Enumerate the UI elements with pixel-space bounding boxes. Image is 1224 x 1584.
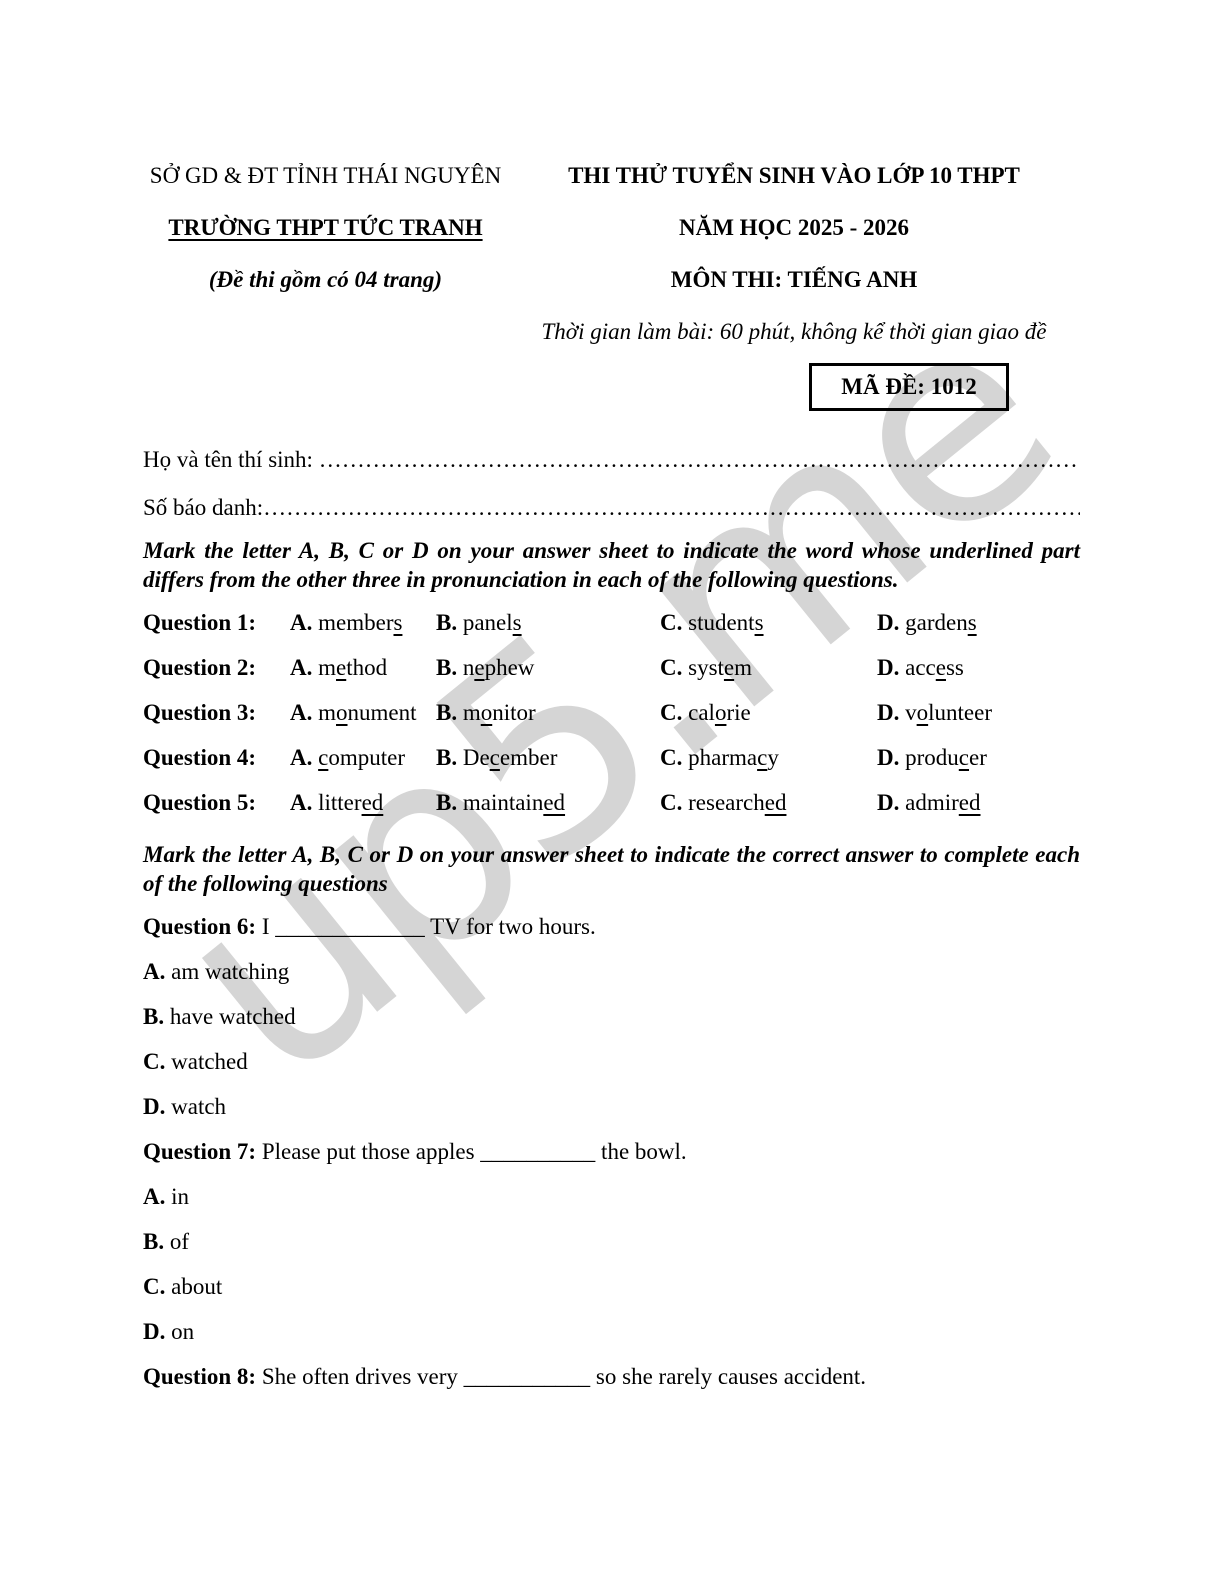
- option-letter: C.: [143, 1049, 165, 1074]
- underlined-part: o: [917, 700, 929, 725]
- underlined-part: o: [336, 700, 348, 725]
- question-row: Question 1:A. membersB. panelsC. student…: [143, 600, 1080, 645]
- option-letter: C.: [143, 1274, 165, 1299]
- option-letter: B.: [436, 655, 457, 680]
- underlined-part: e: [724, 655, 734, 680]
- option-letter: A.: [290, 610, 312, 635]
- option-letter: A.: [143, 959, 165, 984]
- answer-option: C. system: [660, 645, 877, 690]
- option-letter: D.: [143, 1319, 165, 1344]
- candidate-number-line: Số báo danh:……………………………………………………………………………: [143, 495, 1080, 521]
- answer-option: A. method: [290, 645, 436, 690]
- question-label: Question 6:: [143, 914, 256, 939]
- time-limit-note: Thời gian làm bài: 60 phút, không kể thờ…: [508, 306, 1080, 358]
- answer-option: B. nephew: [436, 645, 660, 690]
- option-letter: C.: [660, 610, 682, 635]
- answer-option: D. volunteer: [877, 690, 1080, 735]
- answer-option: D. watch: [143, 1084, 1080, 1129]
- question-label: Question 2:: [143, 645, 290, 690]
- underlined-part: ed: [765, 790, 787, 815]
- question-label: Question 1:: [143, 600, 290, 645]
- question-label: Question 7:: [143, 1139, 256, 1164]
- underlined-part: c: [757, 745, 767, 770]
- option-letter: D.: [143, 1094, 165, 1119]
- answer-option: B. monitor: [436, 690, 660, 735]
- option-letter: B.: [436, 700, 457, 725]
- option-letter: D.: [877, 610, 899, 635]
- option-letter: D.: [877, 745, 899, 770]
- exam-code-row: MÃ ĐỀ: 1012: [143, 363, 1080, 411]
- exam-code-box: MÃ ĐỀ: 1012: [809, 363, 1009, 411]
- underlined-part: ed: [543, 790, 565, 815]
- option-letter: B.: [143, 1004, 164, 1029]
- subject-line: MÔN THI: TIẾNG ANH: [508, 254, 1080, 306]
- option-letter: A.: [290, 655, 312, 680]
- exam-paper-page: up5.me SỞ GD & ĐT TỈNH THÁI NGUYÊN TRƯỜN…: [0, 0, 1224, 1584]
- option-letter: C.: [660, 745, 682, 770]
- answer-option: D. on: [143, 1309, 1080, 1354]
- underlined-part: e: [936, 655, 946, 680]
- answer-option: C. calorie: [660, 690, 877, 735]
- option-letter: B.: [436, 610, 457, 635]
- option-letter: C.: [660, 655, 682, 680]
- question-label: Question 8:: [143, 1364, 256, 1389]
- student-name-line: Họ và tên thí sinh: ………………………………………………………: [143, 447, 1080, 473]
- answer-option: C. students: [660, 600, 877, 645]
- student-name-blank: ……………………………………………………………………………………………………………: [319, 447, 1080, 472]
- answer-option: B. have watched: [143, 994, 1080, 1039]
- underlined-part: e: [336, 655, 346, 680]
- answer-option: D. gardens: [877, 600, 1080, 645]
- answer-option: D. admired: [877, 780, 1080, 825]
- question-sections: Mark the letter A, B, C or D on your ans…: [143, 536, 1080, 1399]
- option-letter: A.: [290, 790, 312, 815]
- answer-option: A. computer: [290, 735, 436, 780]
- exam-header: SỞ GD & ĐT TỈNH THÁI NGUYÊN TRƯỜNG THPT …: [143, 150, 1080, 358]
- underlined-part: c: [490, 745, 500, 770]
- option-letter: C.: [660, 700, 682, 725]
- question-stem: Question 8: She often drives very ______…: [143, 1354, 1080, 1399]
- page-content: SỞ GD & ĐT TỈNH THÁI NGUYÊN TRƯỜNG THPT …: [0, 0, 1224, 1399]
- answer-option: B. panels: [436, 600, 660, 645]
- underlined-part: s: [968, 610, 977, 635]
- underlined-part: o: [715, 700, 727, 725]
- underlined-part: e: [474, 655, 484, 680]
- underlined-part: s: [755, 610, 764, 635]
- question-label: Question 4:: [143, 735, 290, 780]
- answer-option: B. December: [436, 735, 660, 780]
- answer-option: A. am watching: [143, 949, 1080, 994]
- school-name: TRƯỜNG THPT TỨC TRANH: [143, 202, 508, 254]
- option-letter: A.: [290, 745, 312, 770]
- answer-option: C. pharmacy: [660, 735, 877, 780]
- underlined-part: ed: [362, 790, 384, 815]
- option-letter: C.: [660, 790, 682, 815]
- answer-option: A. monument: [290, 690, 436, 735]
- answer-option: A. littered: [290, 780, 436, 825]
- page-count-note: (Đề thi gồm có 04 trang): [143, 254, 508, 306]
- answer-option: C. researched: [660, 780, 877, 825]
- option-letter: B.: [436, 790, 457, 815]
- school-year: NĂM HỌC 2025 - 2026: [508, 202, 1080, 254]
- question-row: Question 4:A. computerB. DecemberC. phar…: [143, 735, 1080, 780]
- option-letter: A.: [143, 1184, 165, 1209]
- answer-option: C. about: [143, 1264, 1080, 1309]
- underlined-part: s: [513, 610, 522, 635]
- underlined-part: o: [481, 700, 493, 725]
- underlined-part: ed: [959, 790, 981, 815]
- underlined-part: c: [959, 745, 969, 770]
- candidate-number-blank: ……………………………………………………………………………………………………………: [263, 495, 1080, 520]
- option-letter: D.: [877, 700, 899, 725]
- option-letter: D.: [877, 655, 899, 680]
- answer-option: D. producer: [877, 735, 1080, 780]
- question-row: Question 5:A. litteredB. maintainedC. re…: [143, 780, 1080, 825]
- section-instruction: Mark the letter A, B, C or D on your ans…: [143, 840, 1080, 898]
- candidate-number-label: Số báo danh:: [143, 495, 263, 520]
- option-letter: B.: [143, 1229, 164, 1254]
- question-label: Question 5:: [143, 780, 290, 825]
- answer-option: B. of: [143, 1219, 1080, 1264]
- option-letter: B.: [436, 745, 457, 770]
- question-label: Question 3:: [143, 690, 290, 735]
- question-row: Question 2:A. methodB. nephewC. systemD.…: [143, 645, 1080, 690]
- department-name: SỞ GD & ĐT TỈNH THÁI NGUYÊN: [143, 150, 508, 202]
- answer-option: A. members: [290, 600, 436, 645]
- answer-option: A. in: [143, 1174, 1080, 1219]
- underlined-part: c: [318, 745, 328, 770]
- exam-title: THI THỬ TUYỂN SINH VÀO LỚP 10 THPT: [508, 150, 1080, 202]
- header-right-block: THI THỬ TUYỂN SINH VÀO LỚP 10 THPT NĂM H…: [508, 150, 1080, 358]
- answer-option: C. watched: [143, 1039, 1080, 1084]
- question-row: Question 3:A. monumentB. monitorC. calor…: [143, 690, 1080, 735]
- answer-option: B. maintained: [436, 780, 660, 825]
- underlined-part: s: [393, 610, 402, 635]
- header-left-block: SỞ GD & ĐT TỈNH THÁI NGUYÊN TRƯỜNG THPT …: [143, 150, 508, 358]
- question-stem: Question 6: I _____________ TV for two h…: [143, 904, 1080, 949]
- student-name-label: Họ và tên thí sinh:: [143, 447, 319, 472]
- question-stem: Question 7: Please put those apples ____…: [143, 1129, 1080, 1174]
- section-instruction: Mark the letter A, B, C or D on your ans…: [143, 536, 1080, 594]
- option-letter: A.: [290, 700, 312, 725]
- option-letter: D.: [877, 790, 899, 815]
- answer-option: D. access: [877, 645, 1080, 690]
